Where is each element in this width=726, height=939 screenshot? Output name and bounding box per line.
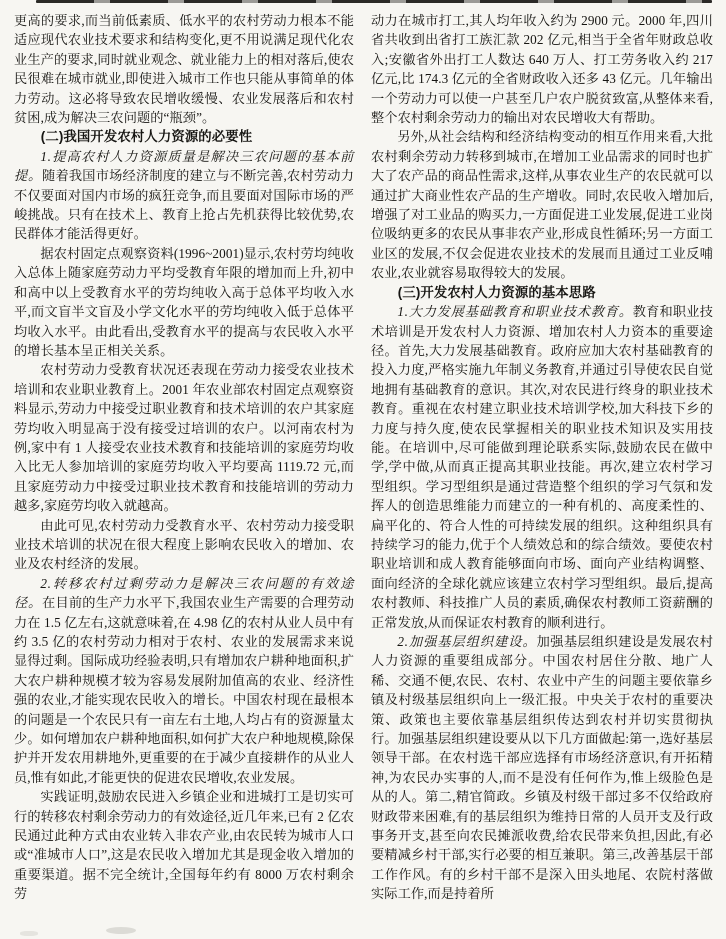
paragraph: 更高的要求,而当前低素质、低水平的农村劳动力根本不能适应现代农业技术要求和结构变…	[14, 11, 354, 127]
paragraph: 由此可见,农村劳动力受教育水平、农村劳动力接受职业技术培训的状况在很大程度上影响…	[14, 516, 354, 574]
paragraph-text: 加强基层组织建设是发展农村人力资源的重要组成部分。中国农村居住分散、地广人稀、交…	[371, 634, 713, 901]
numbered-lead: 2.加强基层组织建设。	[397, 634, 536, 649]
paragraph: 动力在城市打工,其人均年收入约为 2900 元。2000 年,四川省共收到出省打…	[371, 11, 713, 127]
paragraph-text: 由此可见,农村劳动力受教育水平、农村劳动力接受职业技术培训的状况在很大程度上影响…	[14, 518, 354, 572]
scan-edge-artifact	[36, 0, 712, 3]
paragraph-text: 更高的要求,而当前低素质、低水平的农村劳动力根本不能适应现代农业技术要求和结构变…	[14, 13, 354, 125]
text-column-left: 更高的要求,而当前低素质、低水平的农村劳动力根本不能适应现代农业技术要求和结构变…	[14, 11, 354, 904]
scanned-document-page: 更高的要求,而当前低素质、低水平的农村劳动力根本不能适应现代农业技术要求和结构变…	[0, 0, 726, 939]
paragraph-text: 实践证明,鼓励农民进入乡镇企业和进城打工是切实可行的转移农村剩余劳动力的有效途径…	[14, 789, 354, 901]
section-heading-2: (二)我国开发农村人力资源的必要性	[14, 127, 354, 146]
paragraph: 据农村固定点观察资料(1996~2001)显示,农村劳均纯收入总体上随家庭劳动力…	[14, 244, 354, 360]
paragraph-text: 随着我国市场经济制度的建立与不断完善,农村劳动力不仅要面对国内市场的疯狂竞争,而…	[14, 168, 354, 241]
paragraph: 2.加强基层组织建设。加强基层组织建设是发展农村人力资源的重要组成部分。中国农村…	[371, 632, 713, 904]
paragraph-text: 农村劳动力受教育状况还表现在劳动力接受农业技术培训和农业职业教育上。2001 年…	[14, 362, 354, 513]
paragraph: 实践证明,鼓励农民进入乡镇企业和进城打工是切实可行的转移农村剩余劳动力的有效途径…	[14, 787, 354, 903]
heading-text: (二)我国开发农村人力资源的必要性	[41, 129, 252, 144]
scan-smudge	[20, 931, 38, 936]
paragraph: 1.提高农村人力资源质量是解决三农问题的基本前提。随着我国市场经济制度的建立与不…	[14, 147, 354, 244]
paragraph-text: 在目前的生产力水平下,我国农业生产需要的合理劳动力在 1.5 亿左右,这就意味着…	[14, 595, 354, 785]
scan-smudge	[106, 927, 136, 934]
section-heading-3: (三)开发农村人力资源的基本思路	[371, 283, 713, 302]
paragraph: 1.大力发展基础教育和职业技术教育。教育和职业技术培训是开发农村人力资源、增加农…	[371, 302, 713, 632]
numbered-lead: 1.大力发展基础教育和职业技术教育。	[397, 304, 632, 319]
paragraph: 另外,从社会结构和经济结构变动的相互作用来看,大批农村剩余劳动力转移到城市,在增…	[371, 127, 713, 282]
paragraph-text: 据农村固定点观察资料(1996~2001)显示,农村劳均纯收入总体上随家庭劳动力…	[14, 246, 354, 358]
paragraph: 农村劳动力受教育状况还表现在劳动力接受农业技术培训和农业职业教育上。2001 年…	[14, 360, 354, 515]
paragraph: 2.转移农村过剩劳动力是解决三农问题的有效途径。在目前的生产力水平下,我国农业生…	[14, 574, 354, 787]
paragraph-text: 另外,从社会结构和经济结构变动的相互作用来看,大批农村剩余劳动力转移到城市,在增…	[371, 129, 713, 280]
heading-text: (三)开发农村人力资源的基本思路	[398, 285, 596, 300]
text-column-right: 动力在城市打工,其人均年收入约为 2900 元。2000 年,四川省共收到出省打…	[371, 11, 713, 904]
paragraph-text: 教育和职业技术培训是开发农村人力资源、增加农村人力资本的重要途径。首先,大力发展…	[371, 304, 713, 630]
paragraph-text: 动力在城市打工,其人均年收入约为 2900 元。2000 年,四川省共收到出省打…	[371, 13, 713, 125]
